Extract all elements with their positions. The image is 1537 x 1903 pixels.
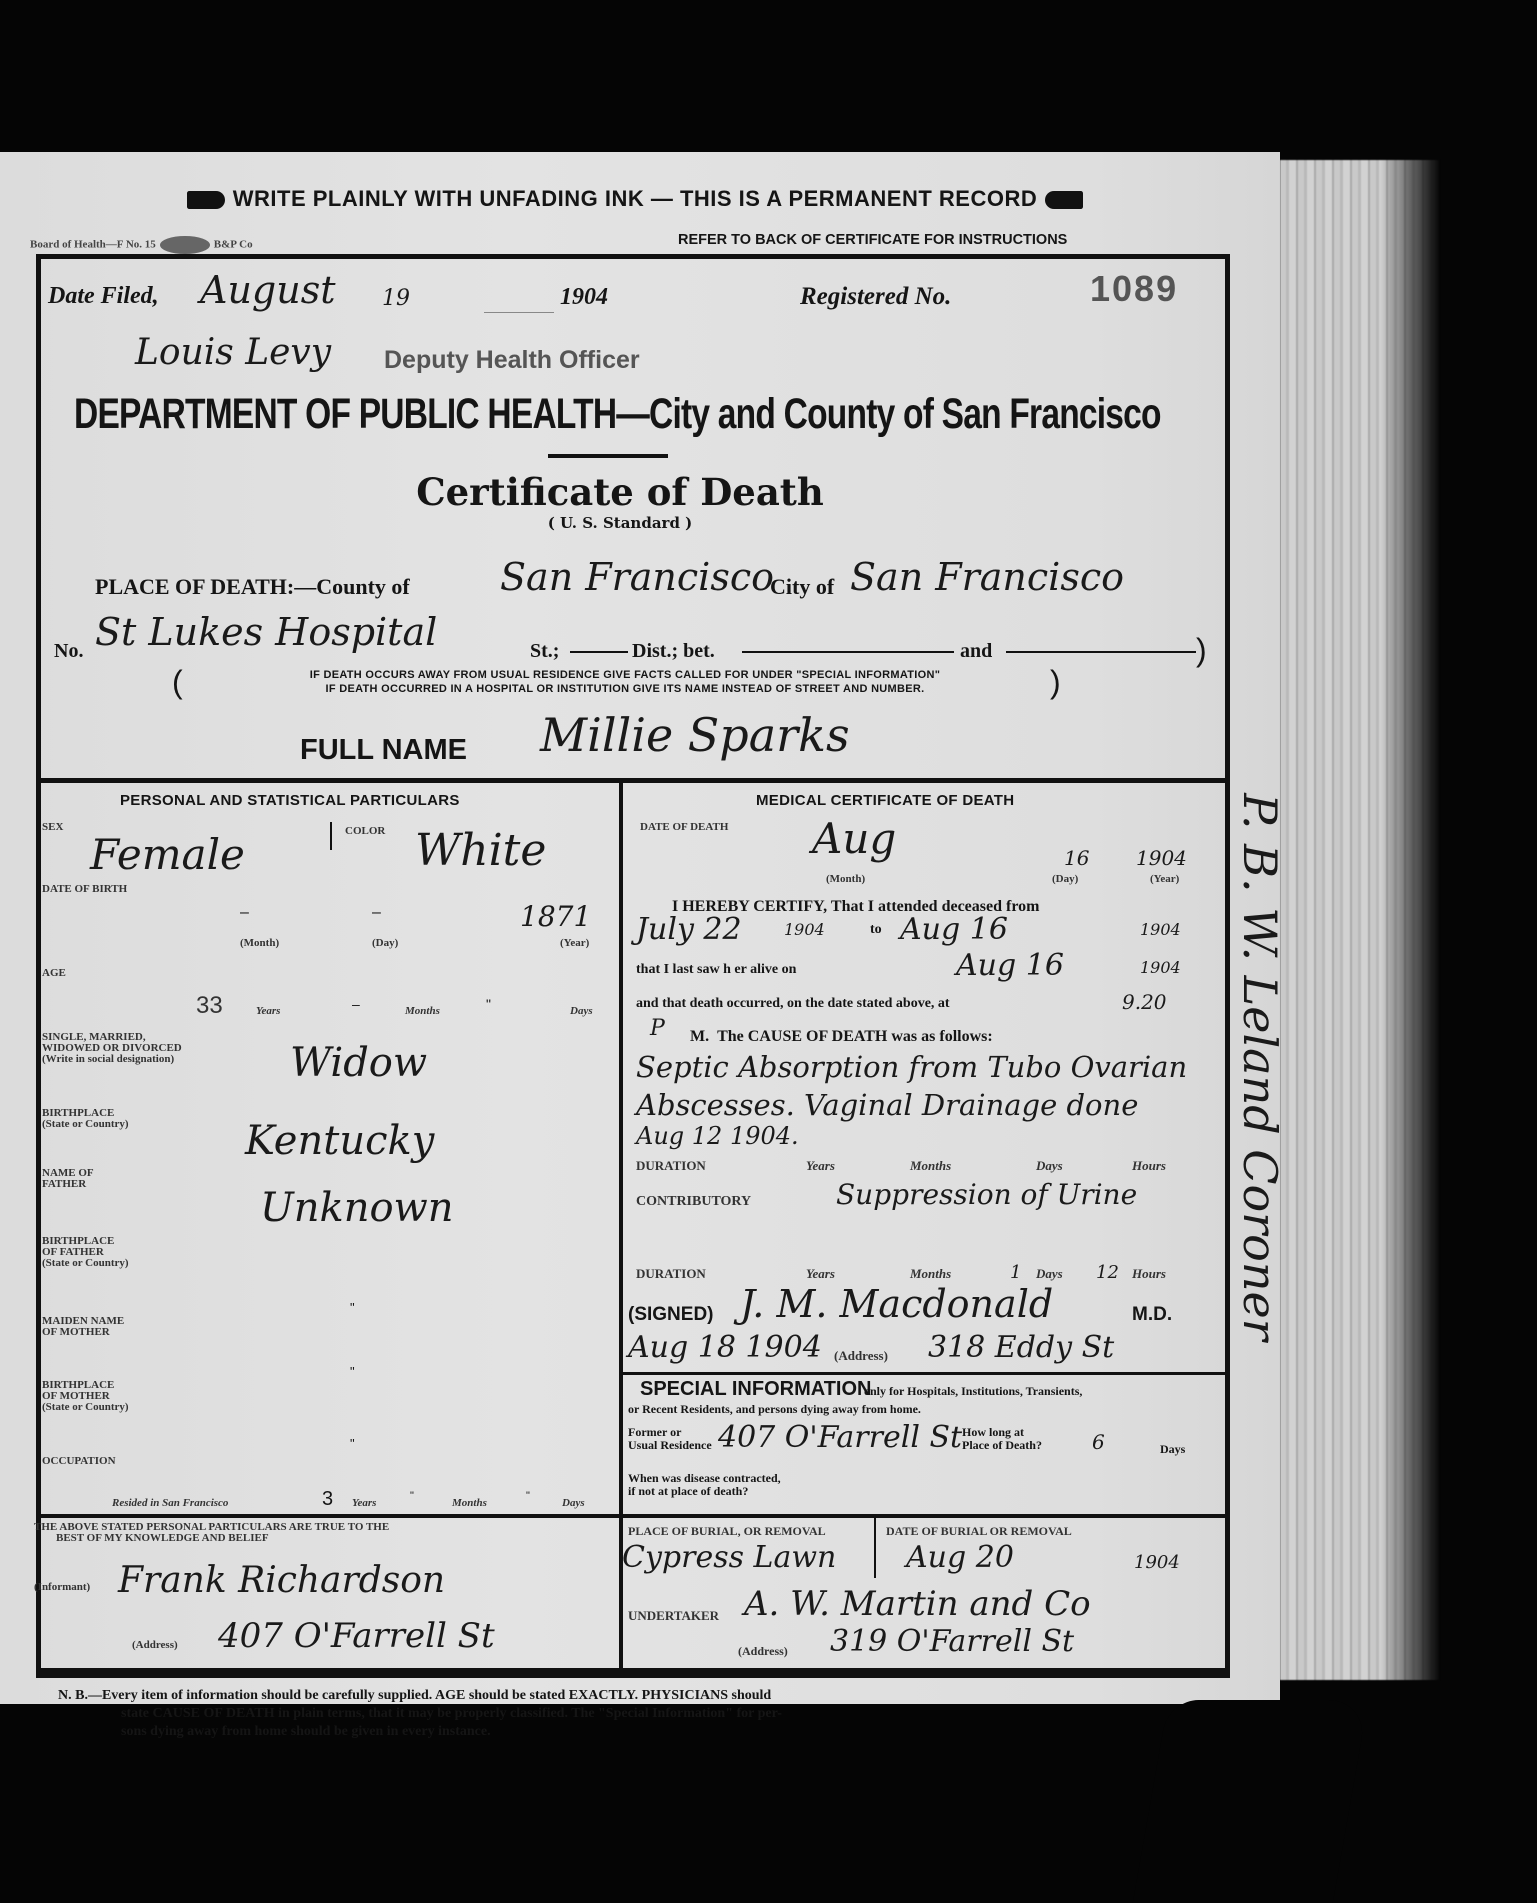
death-county: San Francisco — [500, 555, 774, 599]
father-name-label: NAME OF FATHER — [42, 1168, 94, 1190]
paren-close: ) — [1196, 632, 1207, 669]
signed-date: Aug 18 1904 — [628, 1330, 822, 1365]
attended-from: July 22 — [636, 912, 742, 947]
special-divider — [621, 1372, 1226, 1375]
date-filed-day: 19 — [382, 286, 410, 311]
duration2-months: Months — [910, 1268, 951, 1279]
dod-year: 1904 — [1136, 846, 1187, 870]
burial-date-value: Aug 20 — [906, 1540, 1014, 1575]
district-label: Dist.; bet. — [632, 640, 715, 663]
mother-birthplace-value: " — [350, 1436, 355, 1451]
month-caption: (Month) — [240, 938, 279, 949]
physician-signature: J. M. Macdonald — [740, 1282, 1053, 1326]
refer-instructions: REFER TO BACK OF CERTIFICATE FOR INSTRUC… — [678, 232, 1067, 248]
physician-address-label: (Address) — [834, 1350, 888, 1361]
informant-statement: THE ABOVE STATED PERSONAL PARTICULARS AR… — [34, 1522, 614, 1544]
printer-imprint: Board of Health—F No. 15B&P Co — [30, 236, 253, 254]
date-filed-label: Date Filed, — [48, 283, 159, 310]
field-divider — [330, 822, 332, 850]
attended-from-year: 1904 — [784, 920, 825, 939]
burial-place-value: Cypress Lawn — [622, 1540, 836, 1575]
dod-label: DATE OF DEATH — [640, 822, 728, 833]
cause-line-1: Septic Absorption from Tubo Ovarian — [636, 1050, 1187, 1084]
duration-years: Years — [806, 1160, 835, 1171]
dob-day: – — [372, 904, 381, 922]
dod-day-caption: (Day) — [1052, 874, 1078, 885]
former-residence-value: 407 O'Farrell St — [718, 1420, 962, 1455]
father-birthplace-label: BIRTHPLACE OF FATHER (State or Country) — [42, 1236, 129, 1269]
days-caption: Days — [570, 1006, 593, 1017]
occupation-label: OCCUPATION — [42, 1456, 116, 1467]
officer-title: Deputy Health Officer — [384, 346, 640, 375]
street-label: St.; — [530, 640, 559, 663]
mother-name-label: MAIDEN NAME OF MOTHER — [42, 1316, 124, 1338]
to-label: to — [870, 922, 882, 938]
footer-note: N. B.—Every item of information should b… — [58, 1687, 1158, 1741]
sex-label: SEX — [42, 822, 63, 833]
birthplace-value: Kentucky — [245, 1118, 434, 1164]
certificate-title: Certificate of Death — [380, 470, 860, 514]
duration2-days-value: 1 — [1010, 1262, 1021, 1283]
duration-label: DURATION — [636, 1160, 706, 1171]
street-no-label: No. — [54, 640, 83, 663]
book-page-edges — [1280, 160, 1440, 1680]
marital-label: SINGLE, MARRIED, WIDOWED OR DIVORCED (Wr… — [42, 1032, 182, 1065]
resided-years: 3 — [322, 1488, 333, 1511]
informant-label: (Informant) — [34, 1582, 90, 1593]
how-long-label: How long at Place of Death? — [962, 1426, 1042, 1452]
contracted-label: When was disease contracted, if not at p… — [628, 1472, 781, 1498]
dob-label: DATE OF BIRTH — [42, 884, 127, 895]
pointing-hand-icon — [1045, 191, 1083, 209]
pointing-hand-icon — [187, 191, 225, 209]
dod-month: Aug — [812, 814, 896, 863]
age-months: – — [352, 996, 360, 1012]
attended-to-year: 1904 — [1140, 920, 1181, 939]
place-instructions: IF DEATH OCCURS AWAY FROM USUAL RESIDENC… — [175, 668, 1075, 696]
special-note: only for Hospitals, Institutions, Transi… — [864, 1384, 1082, 1399]
mother-name-value: " — [350, 1364, 355, 1379]
duration-hours: Hours — [1132, 1160, 1166, 1171]
duration2-hours: Hours — [1132, 1268, 1166, 1279]
color-label: COLOR — [345, 826, 385, 837]
duration-days: Days — [1036, 1160, 1063, 1171]
place-of-death-label: PLACE OF DEATH:—County of — [95, 574, 410, 600]
physician-address: 318 Eddy St — [928, 1330, 1114, 1365]
cause-line-2: Abscesses. Vaginal Drainage done — [636, 1088, 1138, 1122]
months-caption: Months — [405, 1006, 440, 1017]
last-saw-text: that I last saw h er alive on — [636, 962, 796, 978]
dod-day: 16 — [1064, 846, 1089, 870]
full-name-label: FULL NAME — [300, 734, 467, 767]
undertaker-address-label: (Address) — [738, 1646, 788, 1657]
md-label: M.D. — [1132, 1304, 1172, 1326]
age-label: AGE — [42, 968, 66, 979]
year-caption: (Year) — [560, 938, 589, 949]
personal-heading: PERSONAL AND STATISTICAL PARTICULARS — [120, 792, 460, 809]
contributory-label: CONTRIBUTORY — [636, 1196, 751, 1207]
registered-number: 1089 — [1090, 268, 1178, 310]
special-heading: SPECIAL INFORMATION — [640, 1378, 871, 1401]
resided-days-caption: Days — [562, 1498, 585, 1509]
title-divider — [548, 454, 668, 458]
father-birthplace-value: " — [350, 1300, 355, 1315]
dob-month: – — [240, 904, 249, 922]
burial-year: 1904 — [1134, 1552, 1180, 1573]
burial-column-divider — [874, 1518, 876, 1578]
attended-to: Aug 16 — [900, 912, 1008, 947]
blank-line — [570, 651, 628, 653]
occurred-text: and that death occurred, on the date sta… — [636, 996, 950, 1012]
age-days: " — [486, 996, 491, 1012]
death-time: 9.20 — [1122, 990, 1167, 1014]
how-long-days: Days — [1160, 1442, 1185, 1457]
thumb-shadow — [1131, 1700, 1368, 1903]
union-seal-icon — [160, 236, 210, 254]
death-address: St Lukes Hospital — [95, 610, 437, 654]
informant-address-value: 407 O'Farrell St — [218, 1616, 495, 1656]
officer-signature: Louis Levy — [135, 332, 331, 373]
resided-label: Resided in San Francisco — [112, 1498, 228, 1509]
date-filed-month: August — [200, 268, 336, 312]
birthplace-label: BIRTHPLACE (State or Country) — [42, 1108, 129, 1130]
informant-value: Frank Richardson — [118, 1560, 445, 1601]
blank-line — [1006, 651, 1196, 653]
date-filed-year: 1904 — [560, 284, 608, 311]
resided-years-caption: Years — [352, 1498, 376, 1509]
resided-days: " — [526, 1490, 530, 1502]
age-years: 33 — [196, 992, 223, 1020]
ink-banner: WRITE PLAINLY WITH UNFADING INK — THIS I… — [95, 186, 1175, 212]
cause-line-3: Aug 12 1904. — [636, 1122, 799, 1150]
dob-year: 1871 — [520, 900, 591, 933]
section-divider — [36, 778, 1226, 783]
resided-months-caption: Months — [452, 1498, 487, 1509]
dod-month-caption: (Month) — [826, 874, 865, 885]
duration2-hours-value: 12 — [1096, 1262, 1119, 1283]
informant-address-label: (Address) — [132, 1640, 178, 1651]
last-saw-date: Aug 16 — [956, 948, 1064, 983]
blank-line — [484, 312, 554, 313]
dod-year-caption: (Year) — [1150, 874, 1179, 885]
resided-months: " — [410, 1490, 414, 1502]
city-label: City of — [770, 574, 834, 600]
duration2-days: Days — [1036, 1268, 1063, 1279]
day-caption: (Day) — [372, 938, 398, 949]
paren-close: ) — [1050, 664, 1061, 701]
and-label: and — [960, 640, 992, 663]
undertaker-label: UNDERTAKER — [628, 1610, 719, 1621]
former-residence-label: Former or Usual Residence — [628, 1426, 712, 1452]
department-title: DEPARTMENT OF PUBLIC HEALTH—City and Cou… — [74, 390, 1161, 439]
marital-value: Widow — [290, 1040, 427, 1086]
special-note-2: or Recent Residents, and persons dying a… — [628, 1402, 921, 1417]
duration2-years: Years — [806, 1268, 835, 1279]
certificate-subtitle: ( U. S. Standard ) — [380, 514, 860, 532]
years-caption: Years — [256, 1006, 280, 1017]
father-name-value: Unknown — [260, 1185, 454, 1231]
last-saw-year: 1904 — [1140, 958, 1181, 977]
blank-line — [742, 651, 954, 653]
burial-date-label: DATE of BURIAL or REMOVAL — [886, 1526, 1072, 1537]
full-name-value: Millie Sparks — [540, 708, 850, 762]
informant-divider — [36, 1514, 621, 1518]
coroner-margin-note: P. B. W. Leland Coroner — [1233, 767, 1287, 1367]
burial-divider — [621, 1514, 1226, 1518]
contributory-value: Suppression of Urine — [836, 1178, 1137, 1211]
medical-heading: MEDICAL CERTIFICATE OF DEATH — [756, 792, 1014, 809]
mother-birthplace-label: BIRTHPLACE OF MOTHER (State or Country) — [42, 1380, 129, 1413]
undertaker-address: 319 O'Farrell St — [830, 1624, 1074, 1659]
column-divider — [619, 783, 623, 1668]
cause-label: M. The CAUSE OF DEATH was as follows: — [690, 1028, 993, 1046]
sex-value: Female — [90, 830, 245, 879]
duration-months: Months — [910, 1160, 951, 1171]
bottom-rule — [36, 1668, 1226, 1673]
time-meridiem: P — [650, 1016, 665, 1041]
death-city: San Francisco — [850, 555, 1124, 599]
color-value: White — [415, 825, 546, 876]
duration2-label: DURATION — [636, 1268, 706, 1279]
how-long-value: 6 — [1092, 1430, 1105, 1454]
undertaker-value: A. W. Martin and Co — [744, 1584, 1091, 1624]
registered-label: Registered No. — [800, 283, 951, 311]
burial-place-label: PLACE OF BURIAL, OR REMOVAL — [628, 1526, 826, 1537]
signed-label: (SIGNED) — [628, 1304, 714, 1326]
